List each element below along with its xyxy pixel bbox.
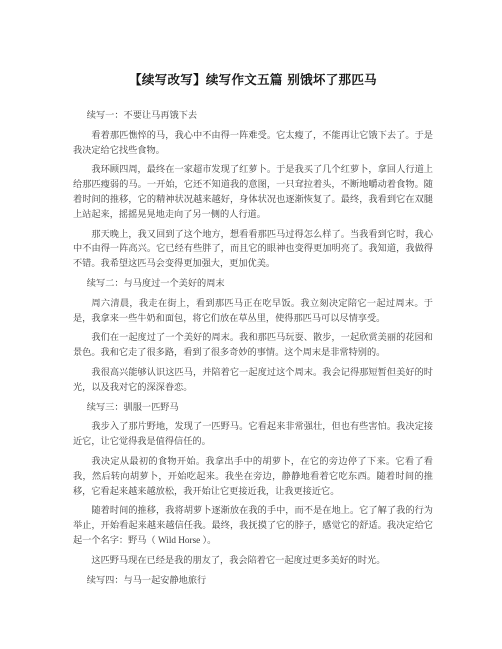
document-page: 【续写改写】续写作文五篇 别饿坏了那匹马 续写一：不要让马再饿下去看着那匹憔悴的… [0, 0, 502, 649]
paragraph: 随着时间的推移，我将胡萝卜逐渐放在我的手中，而不是在地上。它了解了我的行为举止，… [73, 503, 433, 547]
document-title: 【续写改写】续写作文五篇 别饿坏了那匹马 [73, 71, 433, 88]
section-heading: 续写三：驯服一匹野马 [73, 400, 433, 415]
paragraph: 我们在一起度过了一个美好的周末。我和那匹马玩耍、散步，一起欣赏美丽的花园和景色。… [73, 330, 433, 360]
document-content: 续写一：不要让马再饿下去看着那匹憔悴的马，我心中不由得一阵难受。它太瘦了，不能再… [73, 108, 433, 587]
paragraph: 看着那匹憔悴的马，我心中不由得一阵难受。它太瘦了，不能再让它饿下去了。于是我决定… [73, 128, 433, 158]
section-heading: 续写一：不要让马再饿下去 [73, 108, 433, 123]
paragraph: 这匹野马现在已经是我的朋友了，我会陪着它一起度过更多美好的时光。 [73, 553, 433, 568]
paragraph: 我决定从最初的食物开始。我拿出手中的胡萝卜，在它的旁边停了下来。它看了看我，然后… [73, 454, 433, 498]
paragraph: 我环顾四周，最终在一家超市发现了红萝卜。于是我买了几个红萝卜，拿回人行道上给那匹… [73, 162, 433, 221]
paragraph: 那天晚上，我又回到了这个地方，想看看那匹马过得怎么样了。当我看到它时，我心中不由… [73, 227, 433, 271]
section-heading: 续写二：与马度过一个美好的周末 [73, 276, 433, 291]
section-heading: 续写四：与马一起安静地旅行 [73, 573, 433, 588]
paragraph: 周六清晨，我走在街上，看到那匹马正在吃早饭。我立刻决定陪它一起过周末。于是，我拿… [73, 296, 433, 326]
paragraph: 我步入了那片野地，发现了一匹野马。它看起来非常强壮，但也有些害怕。我决定接近它，… [73, 419, 433, 449]
paragraph: 我很高兴能够认识这匹马，并陪着它一起度过这个周末。我会记得那短暂但美好的时光，以… [73, 365, 433, 395]
